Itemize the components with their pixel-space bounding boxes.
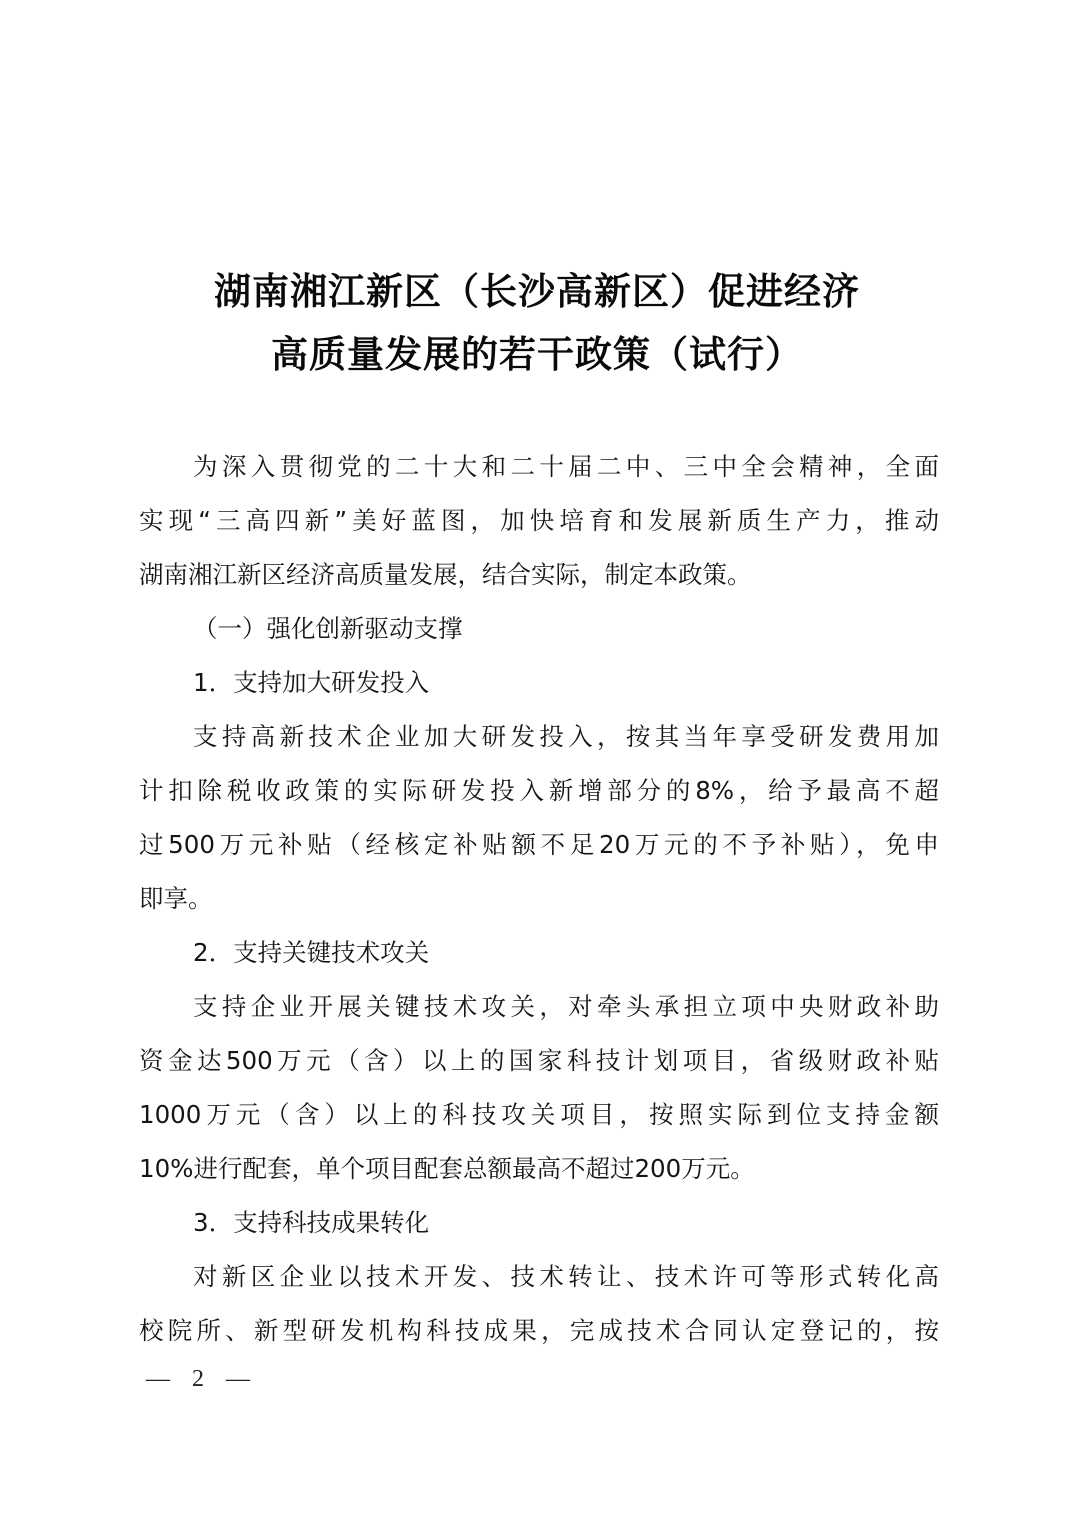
item-1-paragraph-line: 过500万元补贴（经核定补贴额不足20万元的不予补贴），免申 bbox=[139, 829, 939, 861]
item-3-heading: 3．支持科技成果转化 bbox=[193, 1207, 939, 1239]
item-1-paragraph-line: 计扣除税收政策的实际研发投入新增部分的8%，给予最高不超 bbox=[139, 775, 939, 807]
document-title-line-2: 高质量发展的若干政策（试行） bbox=[0, 331, 1074, 377]
item-2-paragraph-line: 支持企业开展关键技术攻关，对牵头承担立项中央财政补助 bbox=[193, 991, 939, 1023]
item-2-paragraph-line: 10%进行配套，单个项目配套总额最高不超过200万元。 bbox=[139, 1153, 939, 1185]
intro-paragraph-line: 实现“三高四新”美好蓝图，加快培育和发展新质生产力，推动 bbox=[139, 505, 939, 537]
item-2-heading: 2．支持关键技术攻关 bbox=[193, 937, 939, 969]
item-2-paragraph-line: 1000万元（含）以上的科技攻关项目，按照实际到位支持金额 bbox=[139, 1099, 939, 1131]
intro-paragraph-line: 为深入贯彻党的二十大和二十届二中、三中全会精神，全面 bbox=[193, 451, 939, 483]
item-3-paragraph-line: 校院所、新型研发机构科技成果，完成技术合同认定登记的，按 bbox=[139, 1315, 939, 1347]
item-3-paragraph-line: 对新区企业以技术开发、技术转让、技术许可等形式转化高 bbox=[193, 1261, 939, 1293]
document-page: 湖南湘江新区（长沙高新区）促进经济 高质量发展的若干政策（试行） 为深入贯彻党的… bbox=[0, 0, 1074, 1520]
section-heading: （一）强化创新驱动支撑 bbox=[193, 613, 939, 645]
item-2-paragraph-line: 资金达500万元（含）以上的国家科技计划项目，省级财政补贴 bbox=[139, 1045, 939, 1077]
document-title-line-1: 湖南湘江新区（长沙高新区）促进经济 bbox=[0, 268, 1074, 314]
page-number: — 2 — bbox=[146, 1366, 258, 1393]
item-1-paragraph-line: 即享。 bbox=[139, 883, 939, 915]
item-1-paragraph-line: 支持高新技术企业加大研发投入，按其当年享受研发费用加 bbox=[193, 721, 939, 753]
intro-paragraph-line: 湖南湘江新区经济高质量发展，结合实际，制定本政策。 bbox=[139, 559, 939, 591]
item-1-heading: 1．支持加大研发投入 bbox=[193, 667, 939, 699]
